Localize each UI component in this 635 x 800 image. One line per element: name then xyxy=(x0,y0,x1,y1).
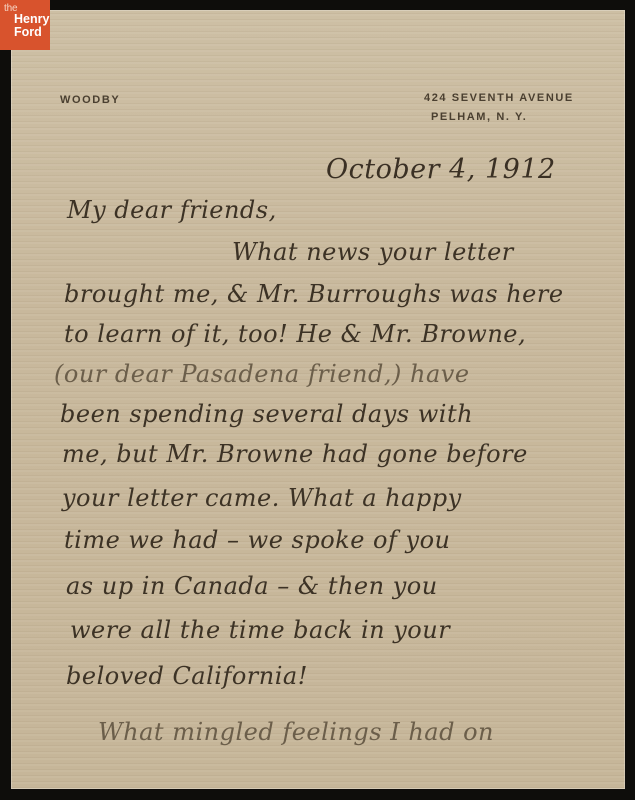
letter-line: brought me, & Mr. Burroughs was here xyxy=(64,280,564,308)
letter-salutation: My dear friends, xyxy=(67,196,277,224)
letter-line: to learn of it, too! He & Mr. Browne, xyxy=(64,320,526,348)
letter-line: What mingled feelings I had on xyxy=(98,718,494,746)
letter-line: (our dear Pasadena friend,) have xyxy=(54,360,470,388)
letterhead-address-street: 424 SEVENTH AVENUE xyxy=(424,92,574,104)
letter-line: were all the time back in your xyxy=(70,616,450,644)
letter-date: October 4, 1912 xyxy=(326,154,556,185)
document-viewer: the Henry Ford WOODBY 424 SEVENTH AVENUE… xyxy=(0,0,635,800)
letter-line: been spending several days with xyxy=(60,400,473,428)
letter-line: time we had – we spoke of you xyxy=(64,526,450,554)
logo-text-ford: Ford xyxy=(14,26,50,39)
henry-ford-logo: the Henry Ford xyxy=(0,0,50,50)
letter-line: beloved California! xyxy=(66,662,308,690)
letterhead-name: WOODBY xyxy=(60,94,120,106)
letterhead-address-city: PELHAM, N. Y. xyxy=(431,111,527,123)
letter-line: What news your letter xyxy=(232,238,514,266)
letter-line: me, but Mr. Browne had gone before xyxy=(62,440,528,468)
letter-line: as up in Canada – & then you xyxy=(66,572,438,600)
letter-line: your letter came. What a happy xyxy=(62,484,462,512)
logo-text-henry: Henry xyxy=(14,13,50,26)
